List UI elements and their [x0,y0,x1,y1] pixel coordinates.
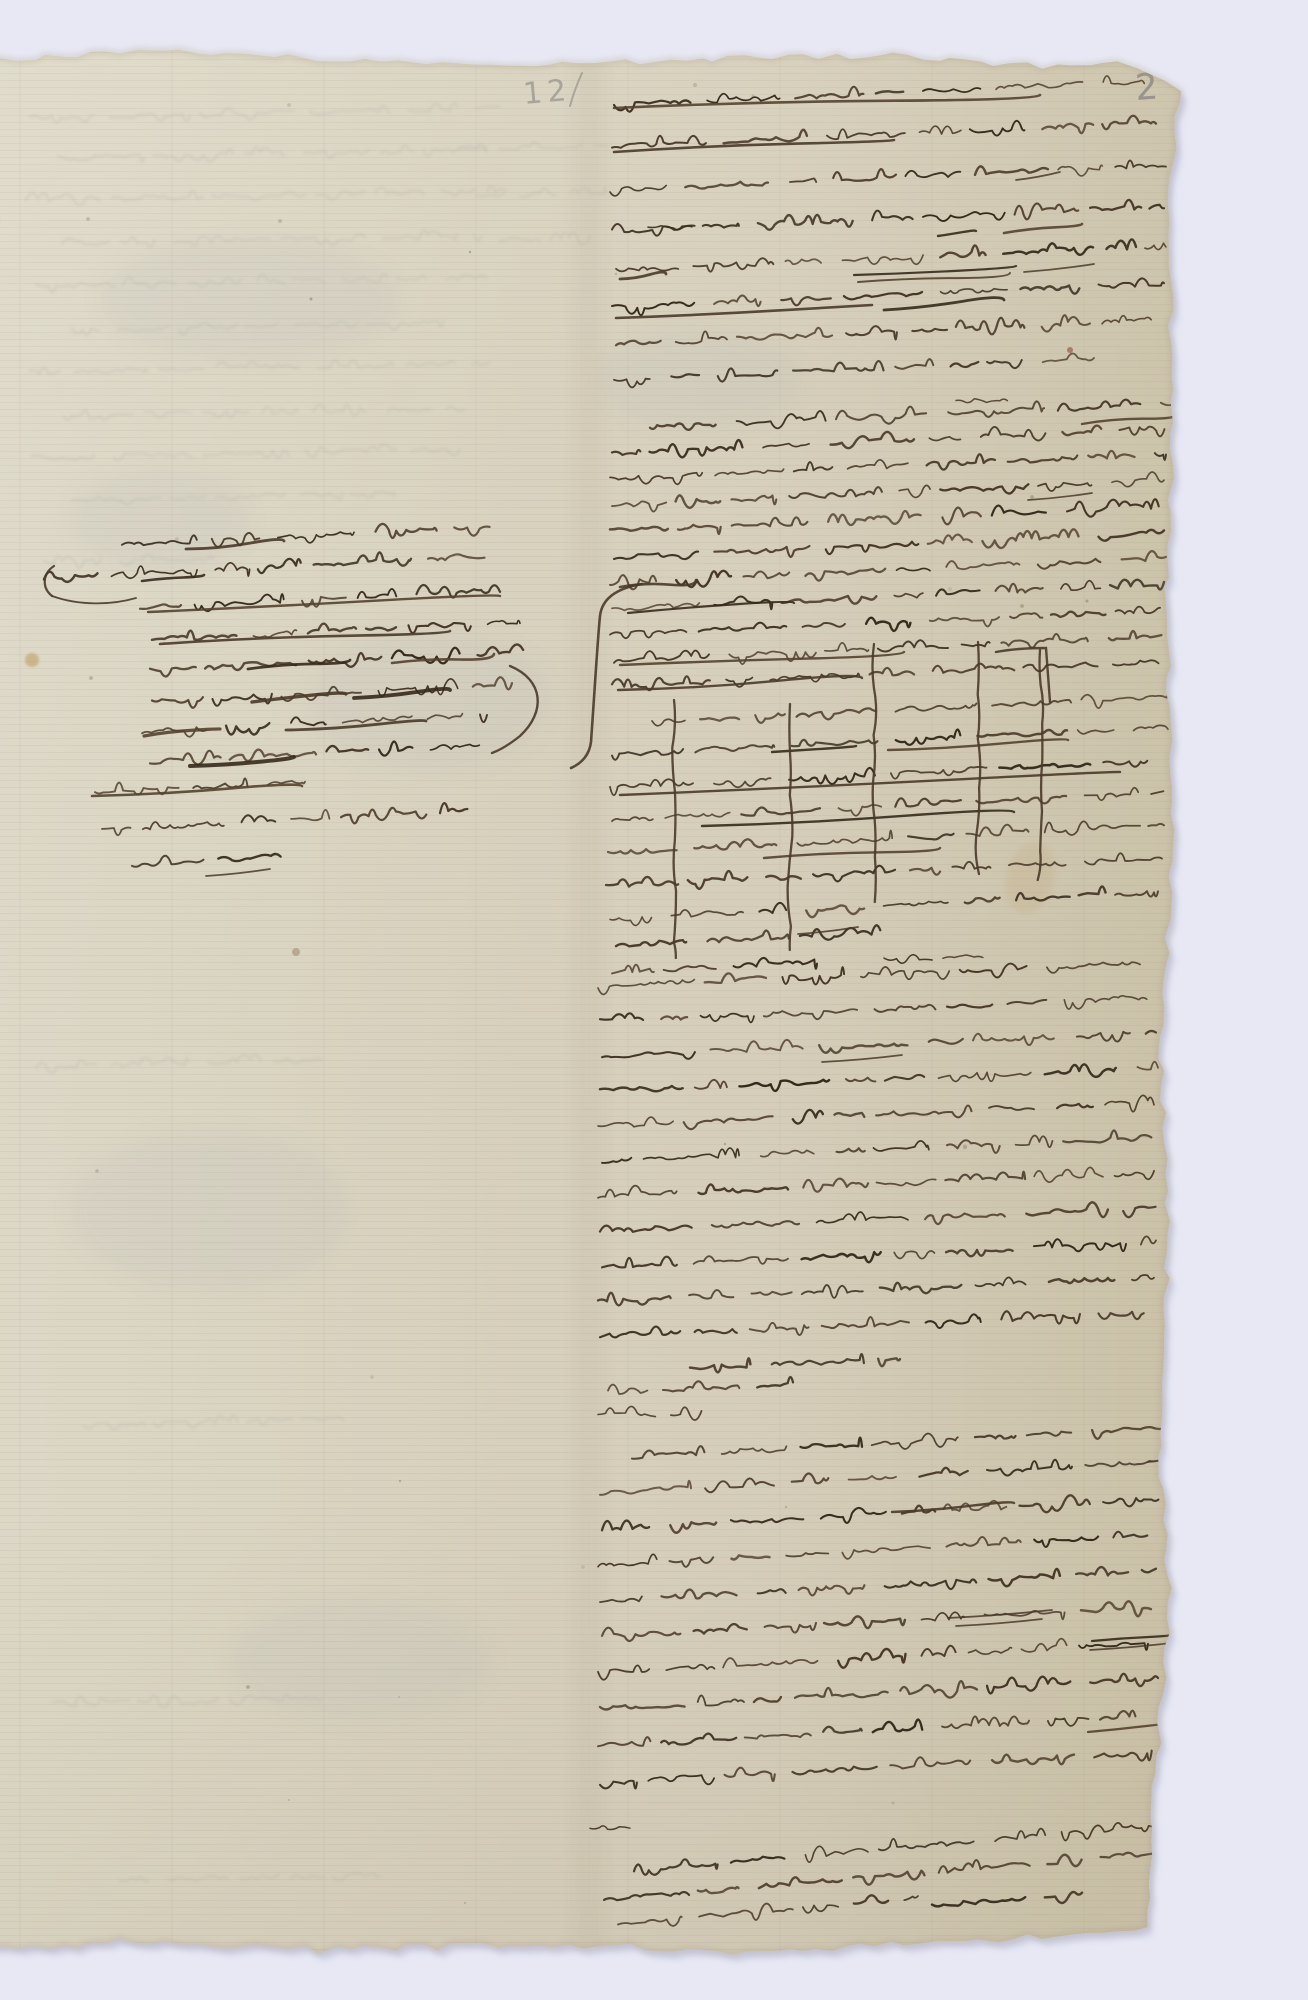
manuscript-page: 12 2 [0,40,1308,2000]
paper-surface: 12 2 [0,40,1308,2000]
tone-overlay-right [540,40,1200,2000]
manuscript-svg: 12 2 [0,0,1308,2000]
manuscript-scan: 12 2 [0,0,1308,2000]
folio-number-pencil: 12 [522,73,573,112]
